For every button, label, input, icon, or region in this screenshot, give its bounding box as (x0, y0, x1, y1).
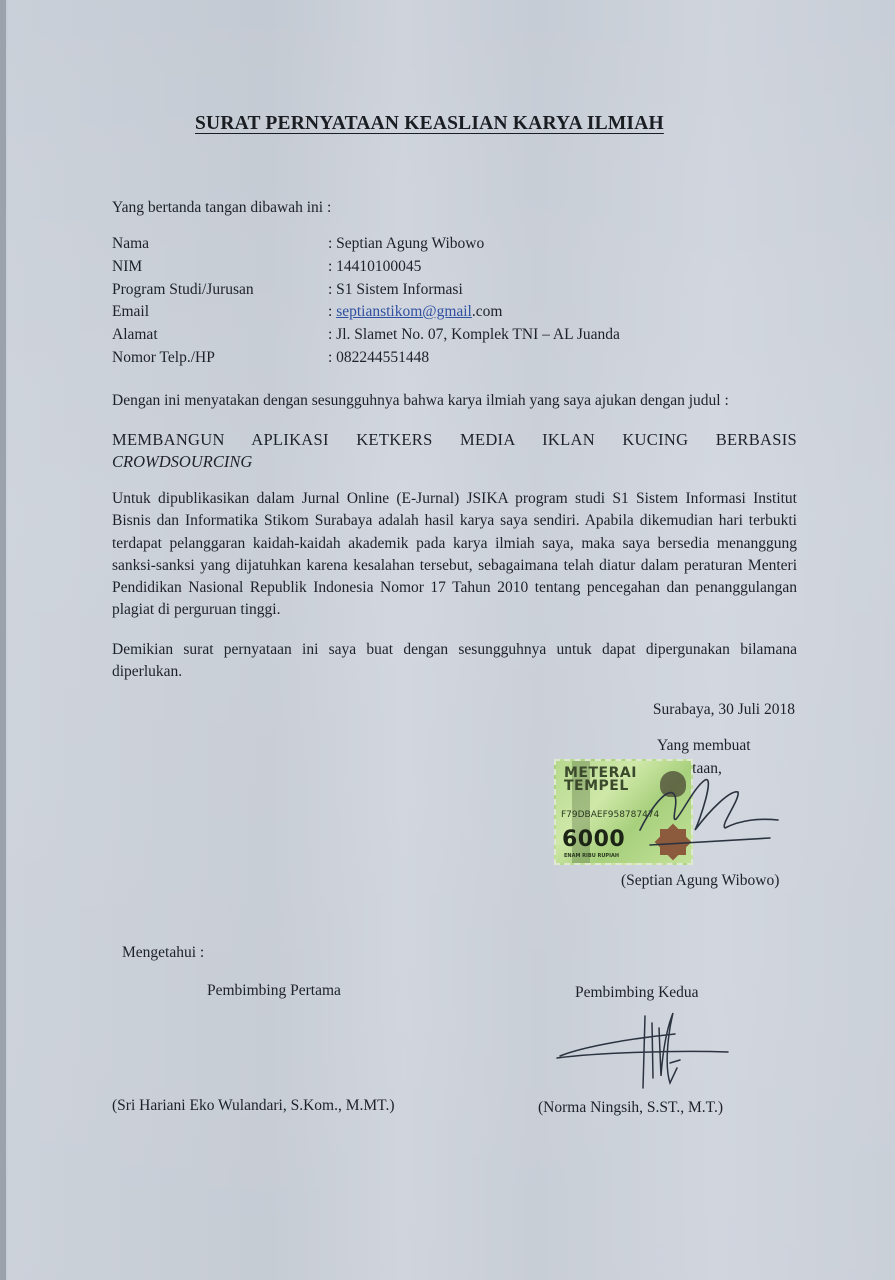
statement-text: Dengan ini menyatakan dengan sesungguhny… (112, 392, 729, 410)
field-label-alamat: Alamat (112, 326, 158, 344)
email-prefix: : (328, 303, 336, 320)
field-label-program: Program Studi/Jurusan (112, 281, 254, 299)
stamp-words: ENAM RIBU RUPIAH (564, 853, 619, 859)
email-link[interactable]: septianstikom@gmail (336, 303, 472, 320)
email-suffix: .com (472, 303, 503, 320)
advisor2-signature-icon (555, 1008, 735, 1098)
advisor1-name: (Sri Hariani Eko Wulandari, S.Kom., M.MT… (112, 1097, 395, 1115)
field-value-email: : septianstikom@gmail.com (328, 303, 502, 321)
field-label-telp: Nomor Telp./HP (112, 349, 215, 367)
advisor1-role: Pembimbing Pertama (207, 982, 341, 1000)
publication-paragraph: Untuk dipublikasikan dalam Jurnal Online… (112, 488, 797, 622)
advisor2-role: Pembimbing Kedua (575, 984, 699, 1002)
field-label-email: Email (112, 303, 149, 321)
place-date: Surabaya, 30 Juli 2018 (653, 701, 795, 719)
thesis-title-line1: MEMBANGUN APLIKASI KETKERS MEDIA IKLAN K… (112, 428, 797, 452)
closing-paragraph: Demikian surat pernyataan ini saya buat … (112, 639, 797, 684)
advisor2-name: (Norma Ningsih, S.ST., M.T.) (538, 1099, 723, 1117)
field-value-telp: : 082244551448 (328, 349, 429, 367)
field-label-nim: NIM (112, 258, 142, 276)
field-value-nim: : 14410100045 (328, 258, 421, 276)
maker-name: (Septian Agung Wibowo) (621, 872, 779, 890)
field-label-nama: Nama (112, 235, 149, 253)
document-title: SURAT PERNYATAAN KEASLIAN KARYA ILMIAH (195, 113, 664, 135)
paper-edge (0, 0, 6, 1280)
field-value-alamat: : Jl. Slamet No. 07, Komplek TNI – AL Ju… (328, 326, 620, 344)
field-value-program: : S1 Sistem Informasi (328, 281, 463, 299)
stamp-nominal: 6000 (562, 827, 625, 852)
field-value-nama: : Septian Agung Wibowo (328, 235, 484, 253)
thesis-title-line2: CROWDSOURCING (112, 452, 252, 472)
maker-label-line1: Yang membuat (657, 737, 751, 755)
maker-signature-icon (620, 770, 790, 860)
intro-text: Yang bertanda tangan dibawah ini : (112, 199, 331, 217)
acknowledged-label: Mengetahui : (122, 944, 204, 962)
